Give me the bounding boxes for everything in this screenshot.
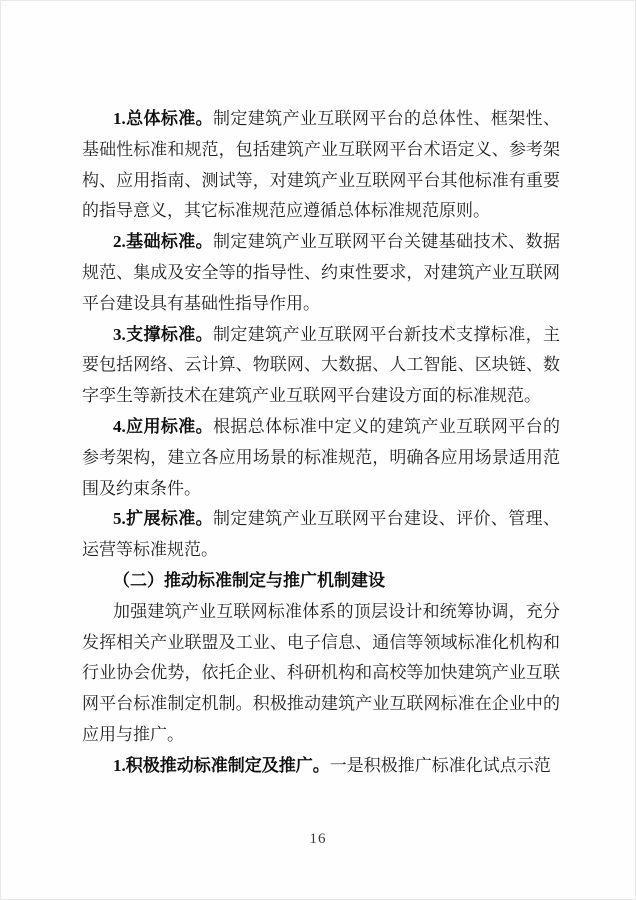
- document-body: 1.总体标准。制定建筑产业互联网平台的总体性、框架性、基础性标准和规范，包括建筑…: [82, 104, 560, 782]
- paragraph-lead: 4.应用标准。: [113, 417, 213, 436]
- paragraph-lead: 3.支撑标准。: [113, 325, 213, 344]
- paragraph-lead: 1.积极推动标准制定及推广。: [113, 756, 330, 775]
- paragraph-lead: 5.扩展标准。: [113, 509, 213, 528]
- paragraph: 2.基础标准。制定建筑产业互联网平台关键基础技术、数据规范、集成及安全等的指导性…: [82, 227, 560, 319]
- page-number: 16: [1, 831, 635, 848]
- document-page: 1.总体标准。制定建筑产业互联网平台的总体性、框架性、基础性标准和规范，包括建筑…: [0, 0, 636, 900]
- paragraph: 加强建筑产业互联网标准体系的顶层设计和统筹协调，充分发挥相关产业联盟及工业、电子…: [82, 597, 560, 751]
- paragraph-lead: 2.基础标准。: [113, 232, 213, 251]
- paragraph: 1.总体标准。制定建筑产业互联网平台的总体性、框架性、基础性标准和规范，包括建筑…: [82, 104, 560, 227]
- paragraph: 4.应用标准。根据总体标准中定义的建筑产业互联网平台的参考架构，建立各应用场景的…: [82, 412, 560, 504]
- paragraph-text: 加强建筑产业互联网标准体系的顶层设计和统筹协调，充分发挥相关产业联盟及工业、电子…: [82, 602, 560, 744]
- paragraph-lead: 1.总体标准。: [113, 109, 213, 128]
- section-heading: （二）推动标准制定与推广机制建设: [82, 566, 560, 597]
- paragraph: 1.积极推动标准制定及推广。一是积极推广标准化试点示范: [82, 751, 560, 782]
- paragraph-text: 一是积极推广标准化试点示范: [330, 756, 551, 775]
- paragraph: 3.支撑标准。制定建筑产业互联网平台新技术支撑标准，主要包括网络、云计算、物联网…: [82, 320, 560, 412]
- paragraph: 5.扩展标准。制定建筑产业互联网平台建设、评价、管理、运营等标准规范。: [82, 504, 560, 566]
